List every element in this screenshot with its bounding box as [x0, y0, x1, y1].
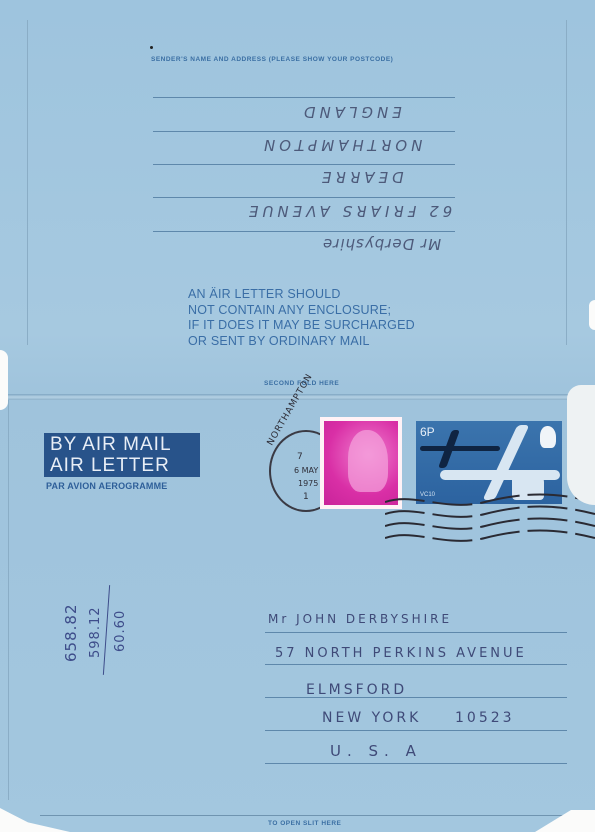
address-rule [265, 763, 567, 764]
sender-address-line: DEARRE [318, 168, 404, 186]
flap-border [566, 20, 567, 345]
address-rule [265, 632, 567, 633]
address-rule [153, 197, 455, 198]
queen-profile-icon [540, 426, 556, 448]
warning-line: OR SENT BY ORDINARY MAIL [188, 334, 415, 350]
aerogramme-sheet [0, 0, 595, 832]
airmail-title: BY AIR MAIL [50, 434, 172, 456]
sheet-border [8, 400, 9, 800]
airplane-silhouette-icon [420, 446, 500, 451]
torn-edge [567, 385, 595, 505]
wavy-cancellation [385, 490, 595, 545]
calculation-line: 598.12 [88, 607, 103, 659]
enclosure-warning: AN ÄIR LETTER SHOULD NOT CONTAIN ANY ENC… [188, 287, 415, 349]
postmark-date: 6 MAY [294, 466, 318, 475]
warning-line: AN ÄIR LETTER SHOULD [188, 287, 415, 303]
airletter-title: AIR LETTER [50, 455, 170, 477]
address-rule [153, 231, 455, 232]
slit-line [40, 815, 575, 816]
warning-line: IF IT DOES IT MAY BE SURCHARGED [188, 318, 415, 334]
flap-border [27, 20, 28, 345]
sender-name: Mr Derbyshire [322, 235, 441, 253]
torn-edge [589, 300, 595, 330]
torn-edge [0, 350, 8, 410]
address-rule [153, 131, 455, 132]
address-rule [153, 97, 455, 98]
slit-label: TO OPEN SLIT HERE [268, 820, 341, 827]
calculation-line: 658.82 [62, 604, 80, 663]
sender-address-line: 62 FRIARS AVENUE [245, 202, 452, 220]
stamp-value: 6P [420, 425, 435, 439]
postmark-time: 7 [297, 452, 303, 462]
recipient-zip: 10523 [455, 710, 515, 726]
ink-dot [150, 46, 153, 49]
sender-label: SENDER'S NAME AND ADDRESS (PLEASE SHOW Y… [151, 56, 393, 63]
postmark-year: 1975 [298, 479, 318, 488]
address-rule [265, 730, 567, 731]
recipient-street: 57 NORTH PERKINS AVENUE [275, 646, 527, 661]
address-rule [153, 164, 455, 165]
warning-line: NOT CONTAIN ANY ENCLOSURE; [188, 303, 415, 319]
address-rule [265, 664, 567, 665]
recipient-city: ELMSFORD [306, 682, 407, 698]
recipient-state: NEW YORK [322, 710, 421, 726]
recipient-name: Mr JOHN DERBYSHIRE [268, 612, 452, 626]
sender-address-line: ENGLAND [300, 103, 402, 121]
sender-address-line: NORTHAMPTON [260, 136, 422, 154]
par-avion-label: PAR AVION AEROGRAMME [46, 481, 168, 491]
postmark-code: 1 [303, 492, 309, 502]
queen-profile-icon [348, 430, 388, 492]
recipient-country: U. S. A [330, 742, 422, 760]
calculation-result: 60.60 [113, 610, 128, 652]
